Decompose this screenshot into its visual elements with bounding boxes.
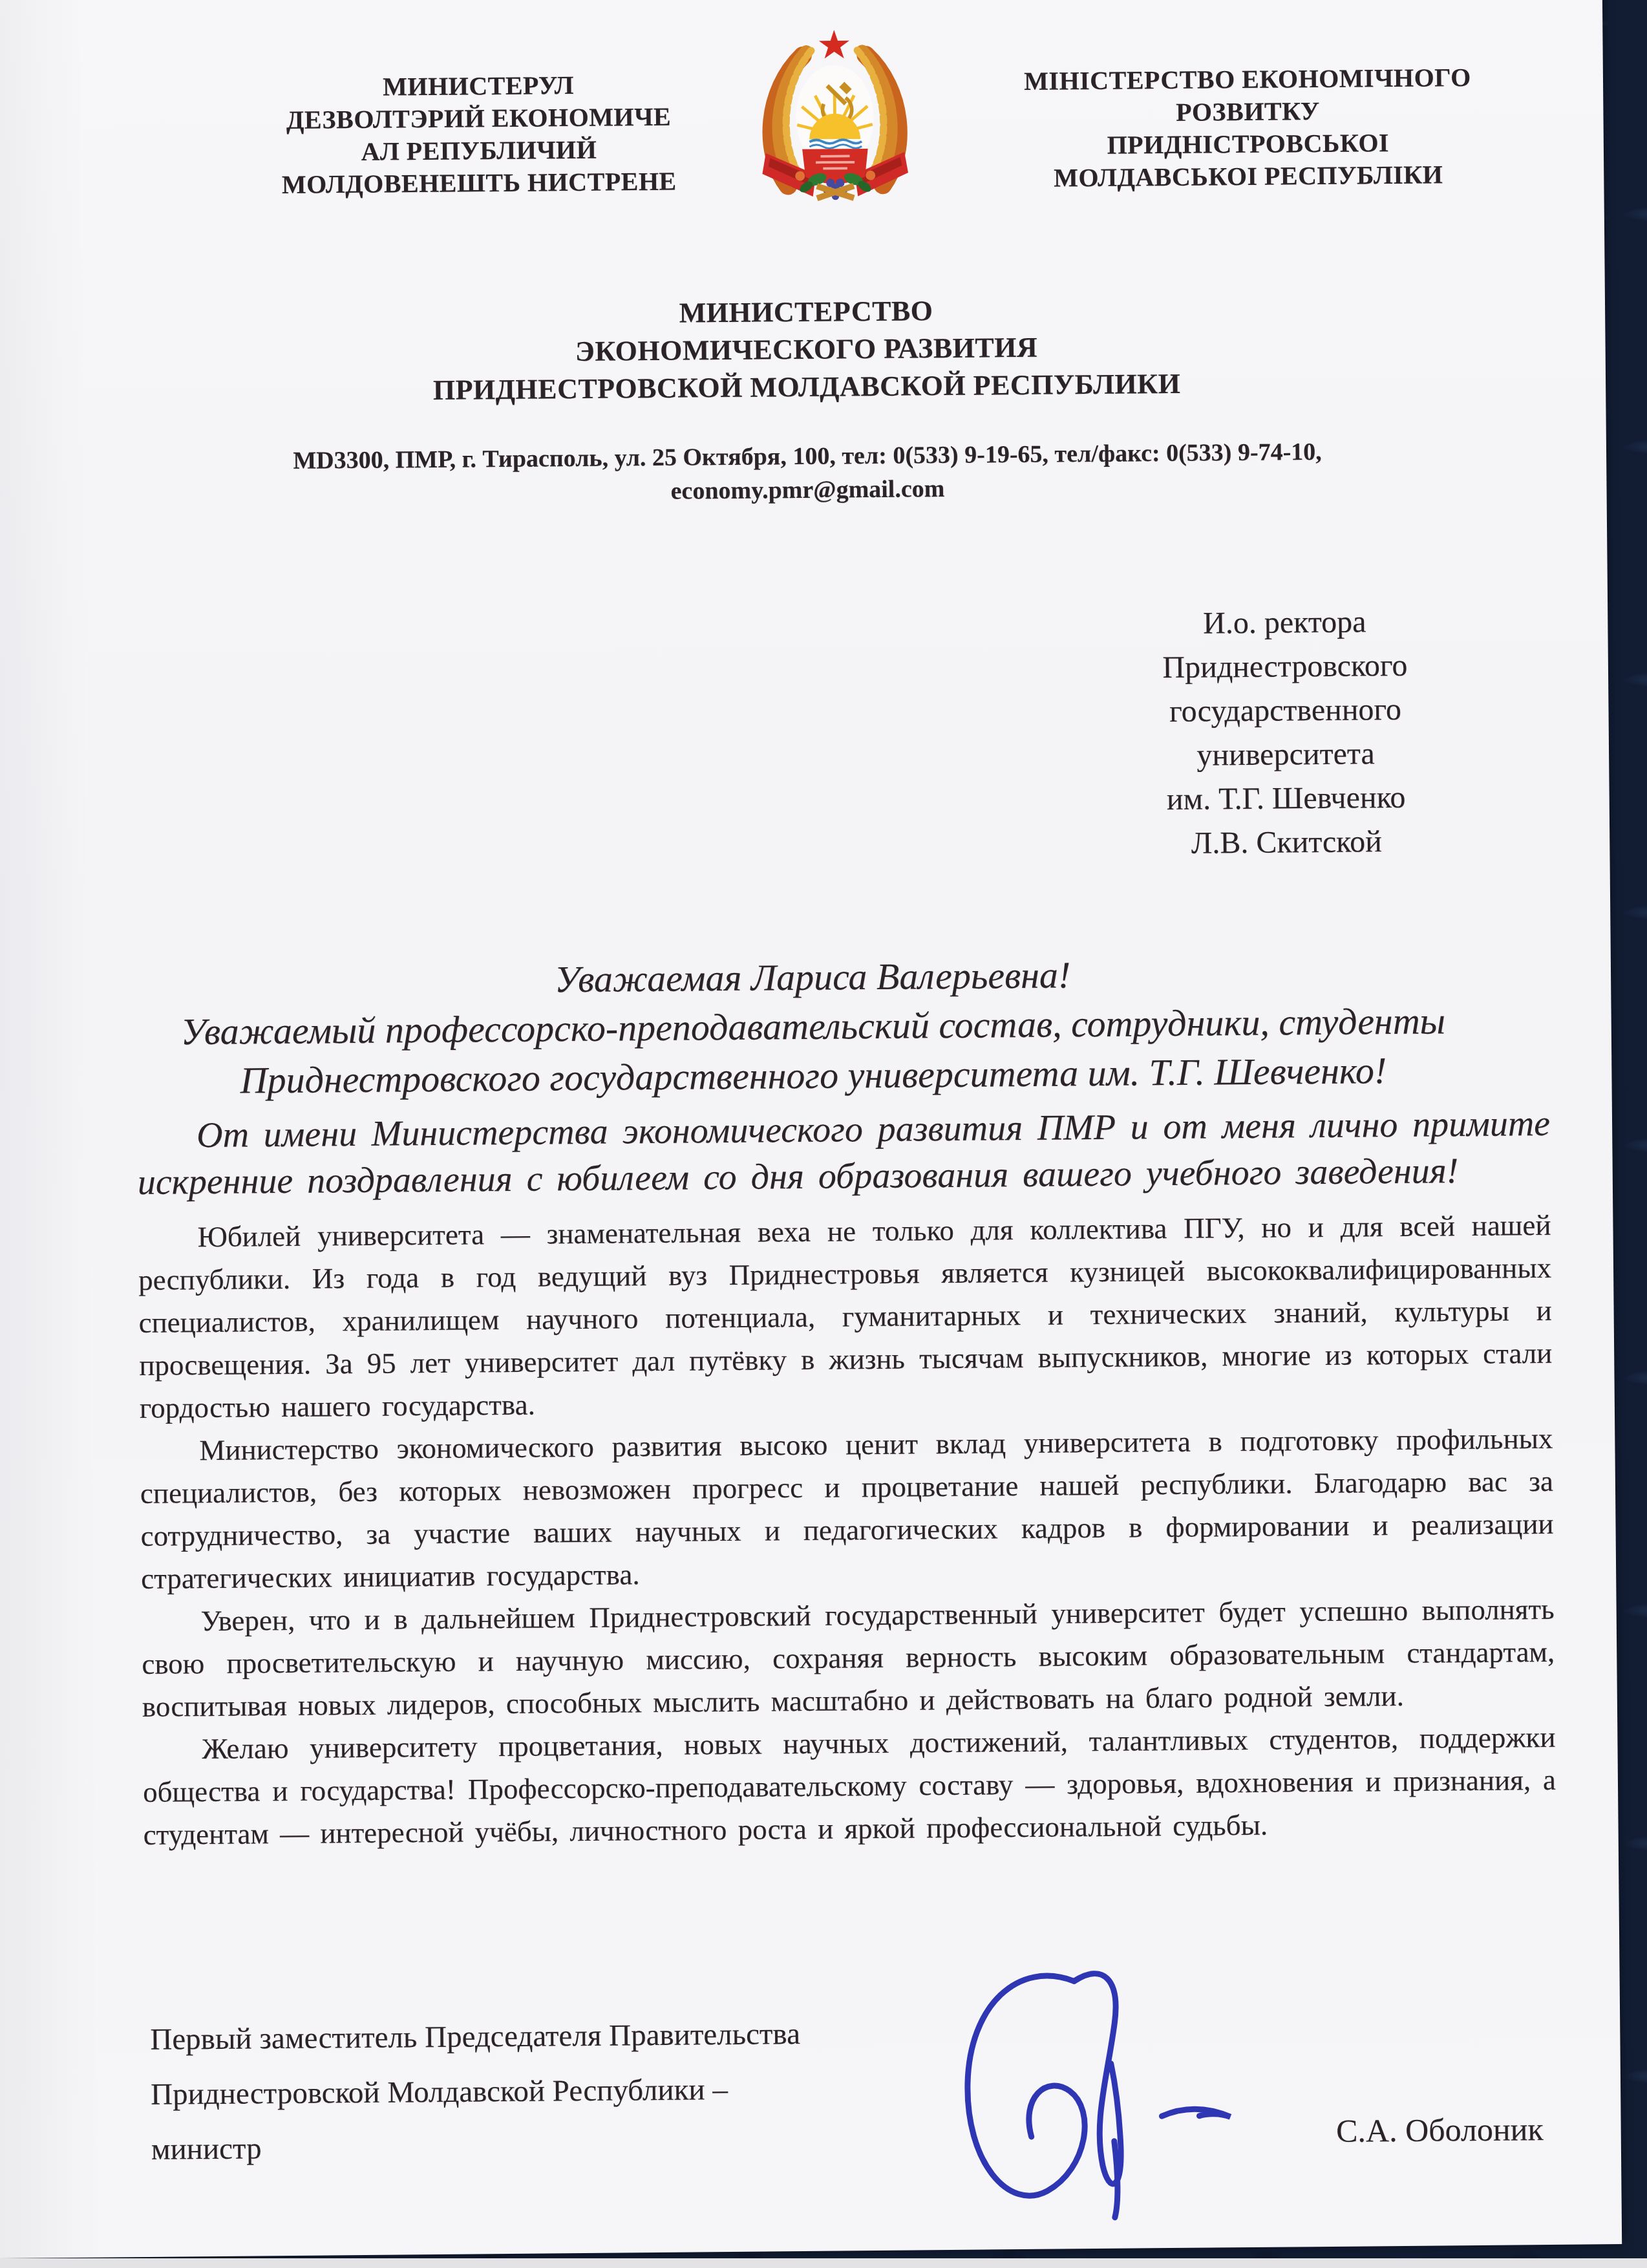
letterhead-right-line: МІНІСТЕРСТВО ЕКОНОМІЧНОГО	[976, 61, 1519, 98]
signatory-name: С.А. Оболоник	[1226, 2110, 1543, 2150]
body-paragraph: Уверен, что и в дальнейшем Приднестровск…	[141, 1588, 1555, 1728]
letterhead-left-line: АЛ РЕПУБЛИЧИЙ	[253, 133, 705, 169]
recipient-line: государственного	[1046, 687, 1525, 734]
letterhead-left-line: ДЕЗВОЛТЭРИЙ ЕКОНОМИЧЕ	[252, 100, 705, 136]
contact-info: MD3300, ПМР, г. Тирасполь, ул. 25 Октябр…	[96, 433, 1519, 513]
handwritten-signature-icon	[947, 1945, 1299, 2233]
recipient-line: им. Т.Г. Шевченко	[1047, 775, 1525, 822]
letterhead-right-line: ПРИДНІСТРОВСЬКОІ	[977, 125, 1520, 162]
letterhead-right-org: МІНІСТЕРСТВО ЕКОНОМІЧНОГО РОЗВИТКУ ПРИДН…	[976, 61, 1520, 195]
recipient-line: Л.В. Скитской	[1047, 818, 1526, 866]
recipient-block: И.о. ректора Приднестровского государств…	[1045, 599, 1526, 866]
intro-paragraph: От имени Министерства экономического раз…	[137, 1100, 1551, 1206]
pmr-emblem-icon	[743, 23, 927, 211]
signoff-line: Первый заместитель Председателя Правител…	[150, 2006, 959, 2068]
coat-of-arms-icon	[743, 23, 927, 211]
letterhead-left-line: МИНИСТЕРУЛ	[252, 68, 705, 104]
scanned-letter: МИНИСТЕРУЛ ДЕЗВОЛТЭРИЙ ЕКОНОМИЧЕ АЛ РЕПУ…	[0, 0, 1647, 2268]
letter-paper: МИНИСТЕРУЛ ДЕЗВОЛТЭРИЙ ЕКОНОМИЧЕ АЛ РЕПУ…	[0, 0, 1622, 2258]
body-paragraph: Желаю университету процветания, новых на…	[142, 1716, 1557, 1856]
letterhead-right-line: РОЗВИТКУ	[976, 93, 1519, 130]
letterhead-left-line: МОЛДОВЕНЕШТЬ НИСТРЕНЕ	[253, 165, 705, 201]
body-paragraph: Юбилей университета — знаменательная вех…	[138, 1204, 1553, 1429]
recipient-line: университета	[1047, 731, 1525, 778]
signoff-line: Приднестровской Молдавской Республики –	[151, 2060, 959, 2123]
letterhead-right-line: МОЛДАВСЬКОІ РЕСПУБЛІКИ	[977, 158, 1520, 195]
signoff-position: Первый заместитель Председателя Правител…	[150, 2006, 959, 2177]
ministry-title: МИНИСТЕРСТВО ЭКОНОМИЧЕСКОГО РАЗВИТИЯ ПРИ…	[95, 287, 1518, 412]
body-paragraph: Министерство экономического развития выс…	[140, 1417, 1554, 1600]
signoff-line: министр	[151, 2115, 959, 2177]
recipient-line: Приднестровского	[1046, 643, 1525, 690]
recipient-line: И.о. ректора	[1045, 599, 1524, 647]
letterhead-left-org: МИНИСТЕРУЛ ДЕЗВОЛТЭРИЙ ЕКОНОМИЧЕ АЛ РЕПУ…	[252, 68, 706, 201]
salutation: Уважаемая Лариса Валерьевна! Уважаемый п…	[59, 947, 1567, 1107]
scanner-bed-strip	[0, 2258, 1647, 2268]
red-star-icon	[819, 30, 849, 59]
letter-body: Юбилей университета — знаменательная вех…	[138, 1204, 1557, 1856]
